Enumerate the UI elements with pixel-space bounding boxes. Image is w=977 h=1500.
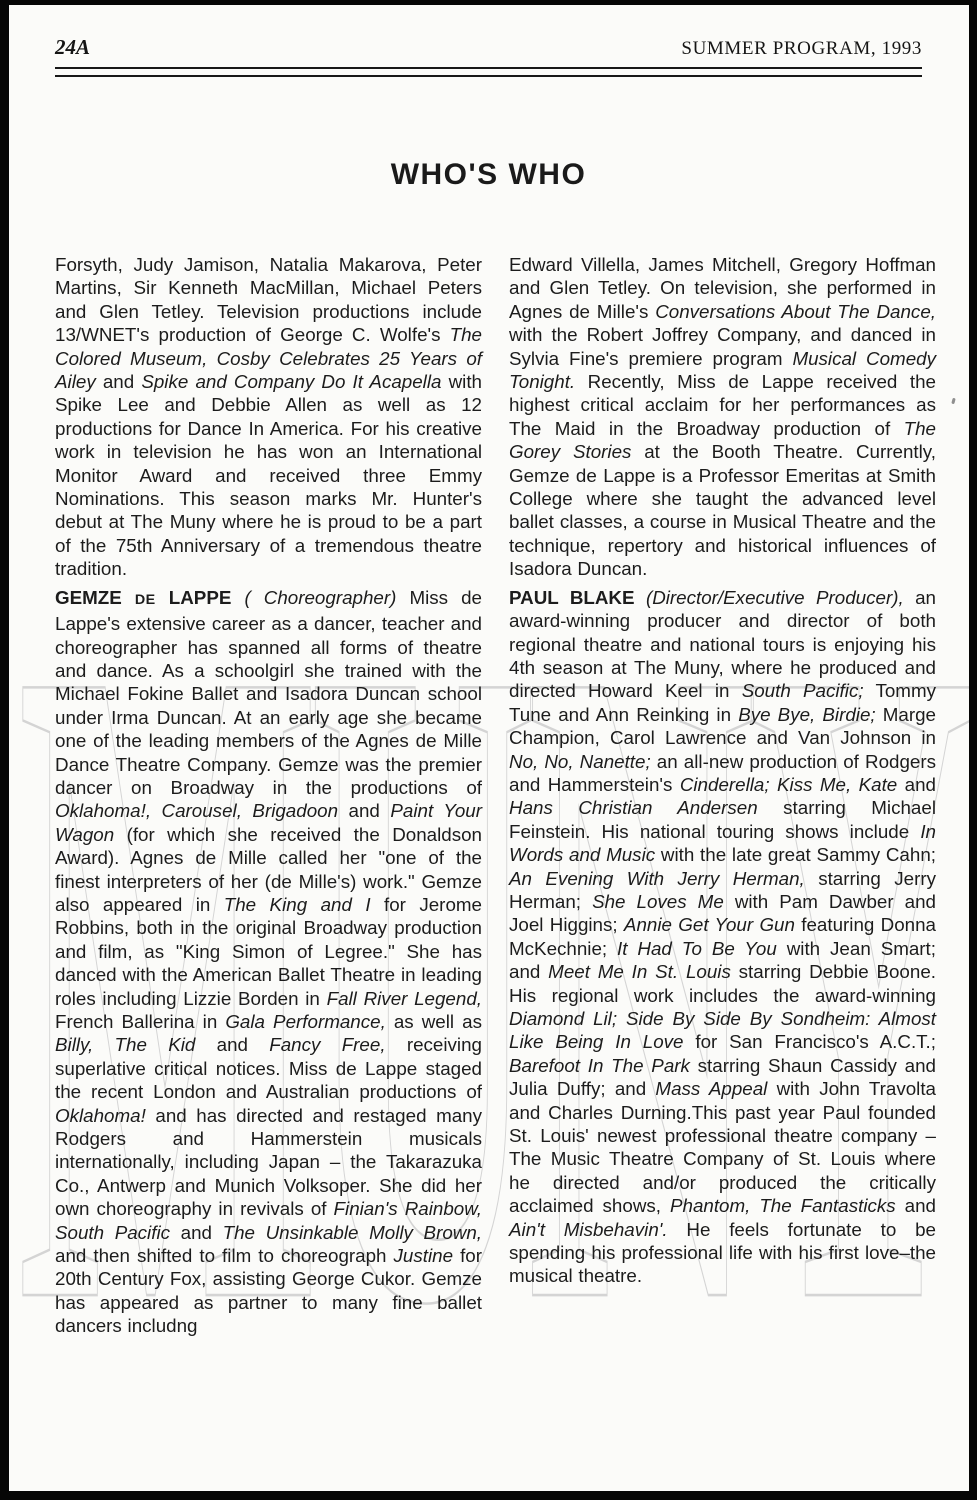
text-run: Forsyth, Judy Jamison, Natalia Makarova,… bbox=[55, 254, 482, 345]
text-run: Gala Performance, bbox=[225, 1011, 385, 1032]
text-run: Conversations About The Dance, bbox=[655, 301, 936, 322]
text-run: The King and I bbox=[224, 894, 371, 915]
text-run: and then shifted to film to choreograph bbox=[55, 1245, 394, 1266]
text-run: with Spike Lee and Debbie Allen as well … bbox=[55, 371, 482, 579]
text-run: for San Francisco's A.C.T.; bbox=[683, 1031, 936, 1052]
text-run: Annie Get Your Gun bbox=[624, 914, 795, 935]
body-columns: Forsyth, Judy Jamison, Natalia Makarova,… bbox=[55, 253, 936, 1343]
header-rule-bottom bbox=[55, 75, 922, 77]
text-run: No, No, Nanette; bbox=[509, 751, 651, 772]
text-run: and bbox=[96, 371, 142, 392]
text-run: LAPPE bbox=[156, 587, 245, 608]
page-number: 24A bbox=[55, 35, 90, 60]
text-run: Oklahoma!, Carousel, Brigadoon bbox=[55, 800, 338, 821]
text-run: Billy, The Kid bbox=[55, 1034, 195, 1055]
text-run: Fancy Free, bbox=[269, 1034, 385, 1055]
scanned-program-page: { "page": { "page_number": "24A", "runni… bbox=[0, 0, 977, 1500]
running-header-title: SUMMER PROGRAM, 1993 bbox=[681, 38, 922, 60]
text-run: Bye Bye, Birdie; bbox=[738, 704, 875, 725]
text-run: DE bbox=[135, 592, 156, 608]
text-run: as well as bbox=[386, 1011, 482, 1032]
text-run: Mass Appeal bbox=[655, 1078, 767, 1099]
text-run: and bbox=[170, 1222, 223, 1243]
text-run: Justine bbox=[394, 1245, 454, 1266]
bio-paragraph: PAUL BLAKE (Director/Executive Producer)… bbox=[509, 586, 936, 1288]
text-run: Ain't Misbehavin'. bbox=[509, 1219, 668, 1240]
text-run: PAUL BLAKE bbox=[509, 587, 646, 608]
text-run: French Ballerina in bbox=[55, 1011, 225, 1032]
text-run: ( Choreographer) bbox=[244, 587, 396, 608]
bio-paragraph: Forsyth, Judy Jamison, Natalia Makarova,… bbox=[55, 253, 482, 581]
text-run: Barefoot In The Park bbox=[509, 1055, 690, 1076]
text-run: Oklahoma! bbox=[55, 1105, 146, 1126]
text-run: and bbox=[896, 1195, 936, 1216]
text-run: and bbox=[195, 1034, 269, 1055]
text-run: GEMZE bbox=[55, 587, 135, 608]
header-rule-top bbox=[55, 67, 922, 69]
text-run: Cinderella; Kiss Me, Kate bbox=[680, 774, 897, 795]
text-run: South Pacific; bbox=[742, 680, 864, 701]
text-run: and bbox=[897, 774, 936, 795]
text-run: Hans Christian Andersen bbox=[509, 797, 758, 818]
column-right: Edward Villella, James Mitchell, Gregory… bbox=[509, 253, 936, 1343]
text-run: and bbox=[338, 800, 390, 821]
page-title: WHO'S WHO bbox=[55, 158, 922, 192]
text-run: It Had To Be You bbox=[617, 938, 777, 959]
text-run: Meet Me In St. Louis bbox=[548, 961, 731, 982]
text-run: Fall River Legend, bbox=[327, 988, 482, 1009]
bio-paragraph: Edward Villella, James Mitchell, Gregory… bbox=[509, 253, 936, 581]
text-run: Phantom, The Fantasticks bbox=[670, 1195, 896, 1216]
running-header: 24A SUMMER PROGRAM, 1993 bbox=[55, 35, 922, 60]
text-run: The Unsinkable Molly Brown, bbox=[223, 1222, 482, 1243]
text-run: Miss de Lappe's extensive career as a da… bbox=[55, 587, 482, 798]
scan-artifact bbox=[951, 398, 955, 405]
text-run: with the late great Sammy Cahn; bbox=[655, 844, 936, 865]
text-run: An Evening With Jerry Herman, bbox=[509, 868, 805, 889]
column-left: Forsyth, Judy Jamison, Natalia Makarova,… bbox=[55, 253, 482, 1343]
text-run: She Loves Me bbox=[592, 891, 724, 912]
text-run: Spike and Company Do It Acapella bbox=[141, 371, 441, 392]
bio-paragraph: GEMZE DE LAPPE ( Choreographer) Miss de … bbox=[55, 586, 482, 1338]
page-paper: MUNY 24A SUMMER PROGRAM, 1993 WHO'S WHO … bbox=[9, 5, 969, 1491]
text-run: (Director/Executive Producer), bbox=[646, 587, 904, 608]
